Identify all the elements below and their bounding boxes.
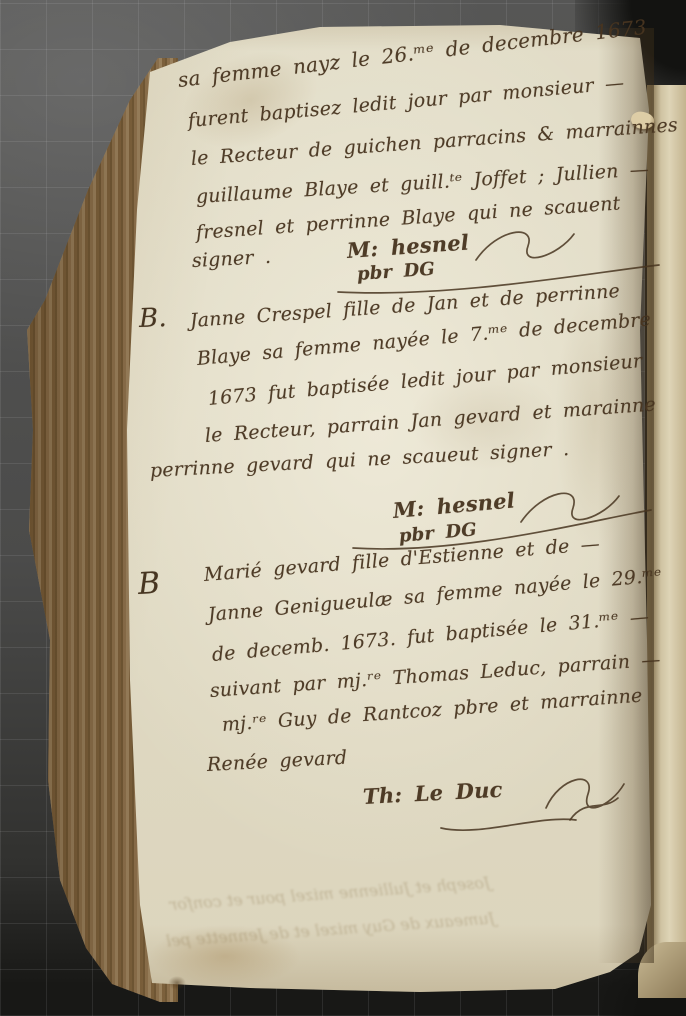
margin-letter-b: B. [139, 305, 168, 332]
register-photo-scene: sa femme nayz le 26.ᵐᵉ de decembre 1673 … [0, 0, 686, 1016]
signature-underline-flourish [438, 810, 580, 838]
manuscript-line: signer . [192, 248, 272, 271]
signature-leduc: Th: Le Duc [362, 779, 503, 807]
margin-letter-b: B [137, 569, 161, 600]
